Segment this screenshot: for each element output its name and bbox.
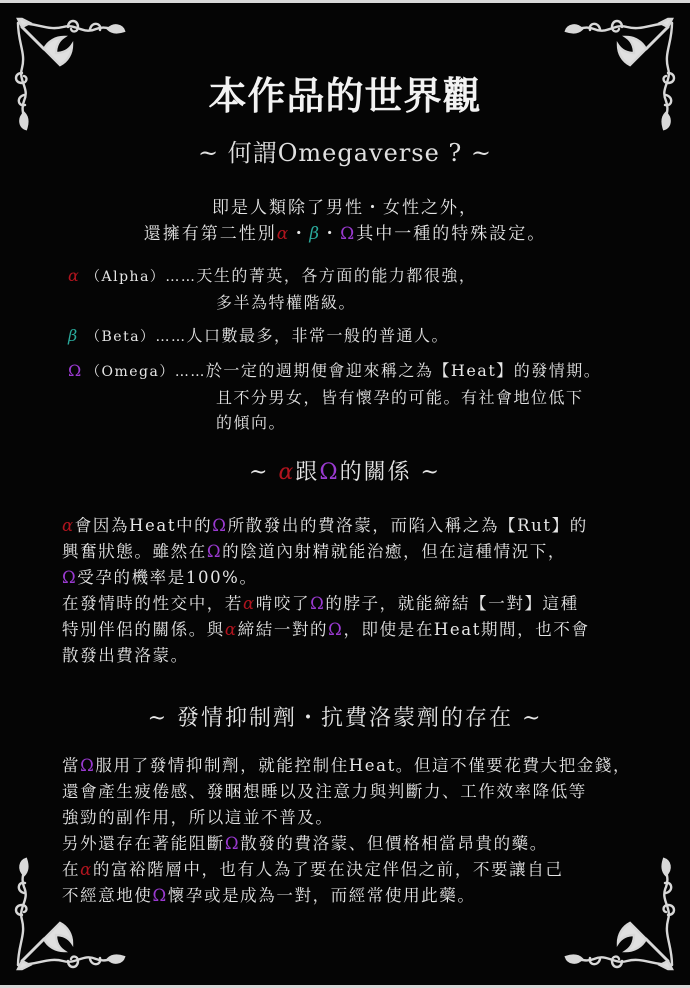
omega-symbol: Ω [310,594,325,613]
text-line: 在α的富裕階層中，也有人為了要在決定伴侶之前，不要讓自己 [62,857,672,883]
text-line: 另外還存在著能阻斷Ω散發的費洛蒙、但價格相當昂貴的藥。 [62,831,672,857]
alpha-symbol: α [243,594,256,613]
page-title: 本作品的世界觀 [0,65,690,120]
omega-symbol: Ω [62,568,77,587]
intro-line-1: 即是人類除了男性・女性之外， [0,195,690,221]
text-line: Ω受孕的機率是100%。 [62,565,672,591]
intro-line-2: 還擁有第二性別α・β・Ω其中一種的特殊設定。 [0,221,690,247]
definitions-list: α（Alpha）……天生的菁英，各方面的能力都很強， 多半為特權階級。 β（Be… [68,263,668,443]
alpha-symbol: α [62,516,75,535]
section-relationship-body: α會因為Heat中的Ω所散發出的費洛蒙，而陷入稱之為【Rut】的興奮狀態。雖然在… [62,513,672,669]
text-line: α會因為Heat中的Ω所散發出的費洛蒙，而陷入稱之為【Rut】的 [62,513,672,539]
alpha-symbol: α [68,263,86,288]
intro-text: 即是人類除了男性・女性之外， 還擁有第二性別α・β・Ω其中一種的特殊設定。 [0,195,690,247]
section-suppressants-body: 當Ω服用了發情抑制劑，就能控制住Heat。但這不僅要花費大把金錢，還會產生疲倦感… [62,753,672,909]
omega-symbol: Ω [80,756,95,775]
text-line: 散發出費洛蒙。 [62,643,672,669]
omega-symbol: Ω [68,358,86,383]
text-line: 強勁的副作用，所以這並不普及。 [62,805,672,831]
omega-symbol: Ω [212,516,227,535]
alpha-symbol: α [225,620,238,639]
beta-symbol: β [68,323,86,348]
definition-omega: Ω（Omega）……於一定的週期便會迎來稱之為【Heat】的發情期。 且不分男女… [68,358,668,435]
alpha-symbol: α [80,860,93,879]
document-page: 本作品的世界觀 ~ 何謂Omegaverse ? ~ 即是人類除了男性・女性之外… [0,3,690,985]
omega-symbol: Ω [328,620,343,639]
omega-symbol: Ω [207,542,222,561]
text-line: 還會產生疲倦感、發睏想睡以及注意力與判斷力、工作效率降低等 [62,779,672,805]
alpha-symbol: α [278,460,295,485]
section-title-suppressants: ~ 發情抑制劑・抗費洛蒙劑的存在 ~ [0,701,690,732]
text-line: 在發情時的性交中，若α啃咬了Ω的脖子，就能締結【一對】這種 [62,591,672,617]
definition-beta: β（Beta）……人口數最多，非常一般的普通人。 [68,323,668,350]
text-line: 特別伴侶的關係。與α締結一對的Ω，即使是在Heat期間，也不會 [62,617,672,643]
subtitle: ~ 何謂Omegaverse ? ~ [0,133,690,168]
section-title-relationship: ~ α跟Ω的關係 ~ [0,455,690,486]
omega-symbol: Ω [319,460,339,485]
omega-symbol: Ω [340,224,356,244]
alpha-symbol: α [277,224,290,244]
definition-alpha: α（Alpha）……天生的菁英，各方面的能力都很強， 多半為特權階級。 [68,263,668,315]
omega-symbol: Ω [153,886,168,905]
text-line: 不經意地使Ω懷孕或是成為一對，而經常使用此藥。 [62,883,672,909]
beta-symbol: β [309,224,321,244]
omega-symbol: Ω [225,834,240,853]
text-line: 興奮狀態。雖然在Ω的陰道內射精就能治癒，但在這種情況下， [62,539,672,565]
text-line: 當Ω服用了發情抑制劑，就能控制住Heat。但這不僅要花費大把金錢， [62,753,672,779]
